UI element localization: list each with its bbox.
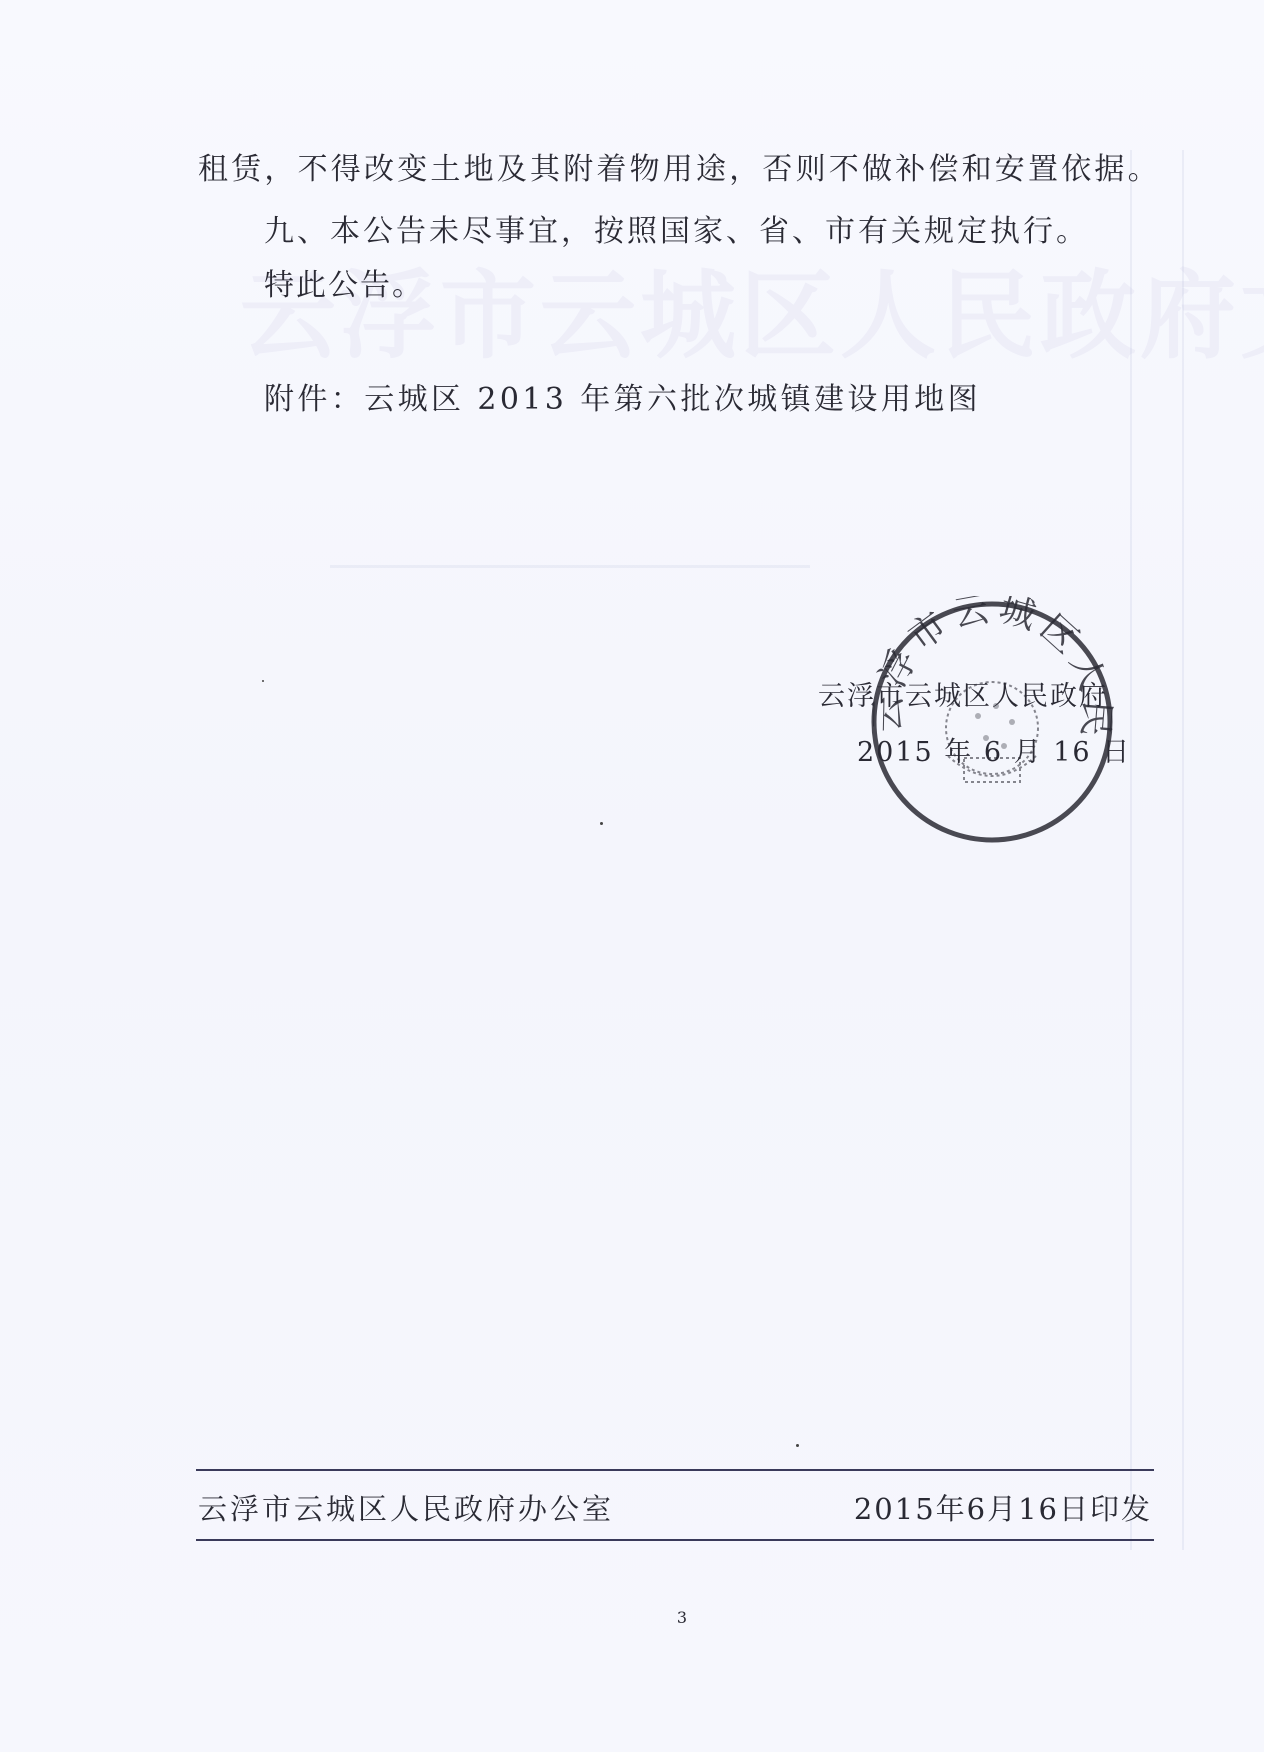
- body-line-2: 九、本公告未尽事宜，按照国家、省、市有关规定执行。: [264, 214, 1089, 250]
- scan-speck: [796, 1444, 799, 1447]
- scan-speck: [600, 822, 603, 825]
- attachment-line: 附件：云城区 2013 年第六批次城镇建设用地图: [264, 382, 981, 418]
- bleed-through-header: 云浮市云城区人民政府文件: [240, 240, 1264, 377]
- footer-issue-date: 2015年6月16日印发: [854, 1487, 1152, 1528]
- footer-issuer: 云浮市云城区人民政府办公室: [198, 1487, 614, 1528]
- page-number: 3: [672, 1608, 692, 1627]
- bleed-through-frame: [1130, 150, 1184, 1550]
- signature-organization: 云浮市云城区人民政府: [818, 674, 1108, 713]
- official-seal-icon: 云浮市云城区人民政府: [866, 596, 1118, 848]
- bleed-through-rule: [330, 565, 810, 568]
- signature-date: 2015 年 6 月 16 日: [857, 730, 1131, 769]
- document-page: 云浮市云城区人民政府文件 租赁，不得改变土地及其附着物用途，否则不做补偿和安置依…: [0, 0, 1264, 1752]
- footer-rule-top: [196, 1469, 1154, 1471]
- closing-line: 特此公告。: [264, 268, 424, 304]
- footer-rule-bottom: [196, 1539, 1154, 1541]
- svg-text:云浮市云城区人民政府: 云浮市云城区人民政府: [866, 596, 1117, 744]
- body-line-1: 租赁，不得改变土地及其附着物用途，否则不做补偿和安置依据。: [198, 152, 1161, 188]
- scan-speck: [262, 680, 264, 682]
